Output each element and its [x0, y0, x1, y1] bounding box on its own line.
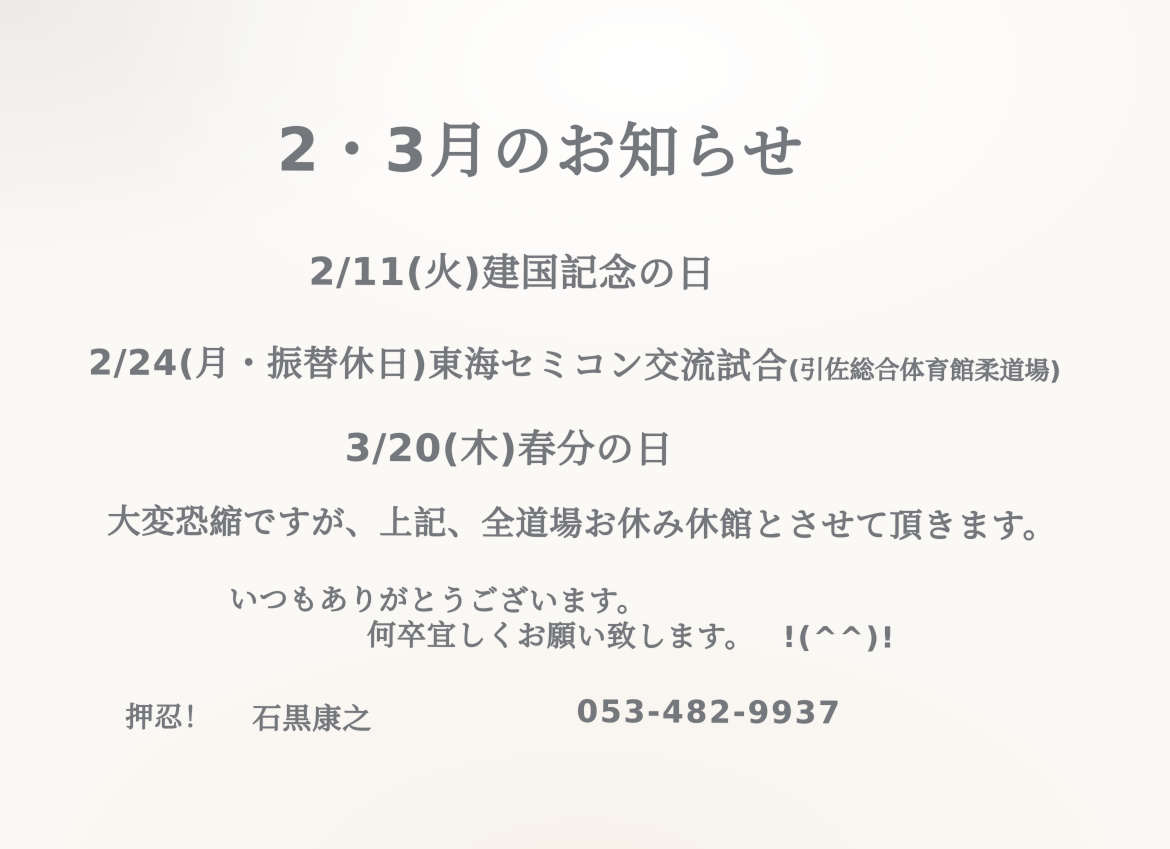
footer-phone-number: 053-482-9937: [576, 694, 842, 731]
footer-signoff: 押忍！: [125, 696, 212, 736]
thanks-line-2: 何卒宜しくお願い致します。!(^^)!: [367, 613, 896, 657]
footer-author-name: 石黒康之: [252, 696, 372, 738]
event-line-1: 2/11(火)建国記念の日: [309, 241, 716, 298]
notice-body: 大変恐縮ですが、上記、全道場お休み休館とさせて頂きます。: [107, 496, 1057, 548]
notice-paper: 2・3月のお知らせ 2/11(火)建国記念の日 2/24(月・振替休日)東海セミ…: [0, 0, 1170, 849]
smiley-emoticon: !(^^)!: [782, 620, 896, 655]
notice-title: 2・3月のお知らせ: [0, 101, 1127, 193]
event-line-2: 2/24(月・振替休日)東海セミコン交流試合(引佐総合体育館柔道場): [88, 335, 1061, 390]
event-line-2-main: 2/24(月・振替休日)東海セミコン交流試合: [88, 343, 788, 387]
thanks-line-2-text: 何卒宜しくお願い致します。: [367, 618, 755, 654]
event-line-2-venue: (引佐総合体育館柔道場): [788, 355, 1061, 385]
event-line-3: 3/20(木)春分の日: [345, 417, 674, 474]
notice-content: 2・3月のお知らせ 2/11(火)建国記念の日 2/24(月・振替休日)東海セミ…: [0, 0, 1170, 849]
